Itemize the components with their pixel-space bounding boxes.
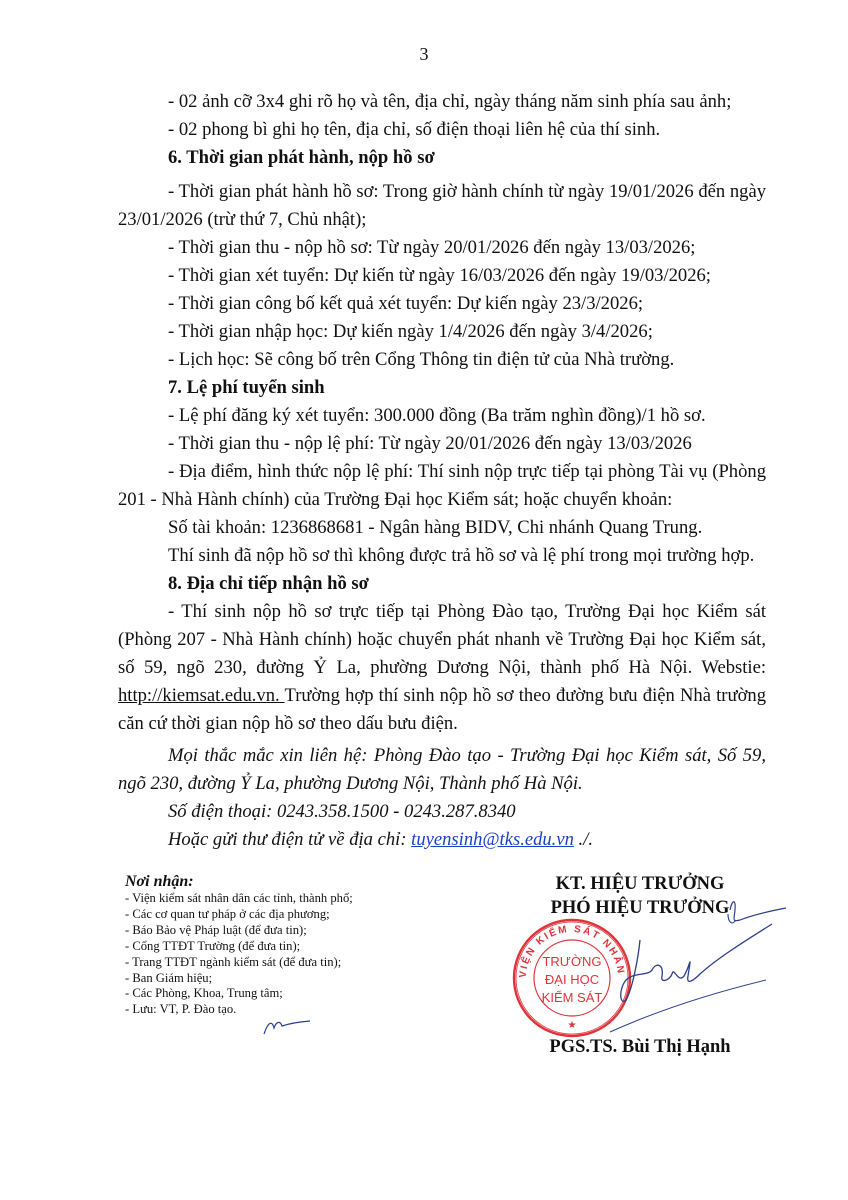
section-7-item: - Thời gian thu - nộp lệ phí: Từ ngày 20… xyxy=(118,430,766,458)
section-7-heading: 7. Lệ phí tuyển sinh xyxy=(118,374,766,402)
intro-item: - 02 ảnh cỡ 3x4 ghi rõ họ và tên, địa ch… xyxy=(118,88,766,116)
section-6-heading: 6. Thời gian phát hành, nộp hồ sơ xyxy=(118,144,766,172)
section-6-item: - Thời gian nhập học: Dự kiến ngày 1/4/2… xyxy=(118,318,766,346)
section-6-item: - Thời gian công bố kết quả xét tuyển: D… xyxy=(118,290,766,318)
email-suffix: ./. xyxy=(574,829,593,850)
contact-inquiry: Mọi thắc mắc xin liên hệ: Phòng Đào tạo … xyxy=(118,742,766,798)
page-number: 3 xyxy=(0,44,848,65)
recipient-item: - Viện kiểm sát nhân dân các tỉnh, thành… xyxy=(125,891,353,907)
section-8-text: - Thí sinh nộp hồ sơ trực tiếp tại Phòng… xyxy=(118,601,766,678)
intro-item: - 02 phong bì ghi họ tên, địa chỉ, số đi… xyxy=(118,116,766,144)
section-6-item: - Thời gian thu - nộp hồ sơ: Từ ngày 20/… xyxy=(118,234,766,262)
contact-email-line: Hoặc gửi thư điện tử về địa chỉ: tuyensi… xyxy=(118,826,766,854)
recipient-item: - Trang TTĐT ngành kiểm sát (để đưa tin)… xyxy=(125,955,353,971)
email-prefix: Hoặc gửi thư điện tử về địa chỉ: xyxy=(168,829,411,850)
recipient-item: - Ban Giám hiệu; xyxy=(125,971,353,987)
section-7-item: Thí sinh đã nộp hồ sơ thì không được trả… xyxy=(118,542,766,570)
contact-phone: Số điện thoại: 0243.358.1500 - 0243.287.… xyxy=(118,798,766,826)
website-link[interactable]: http://kiemsat.edu.vn. xyxy=(118,685,285,706)
section-7-item: Số tài khoản: 1236868681 - Ngân hàng BID… xyxy=(118,514,766,542)
section-6-item: - Lịch học: Sẽ công bố trên Cổng Thông t… xyxy=(118,346,766,374)
signer-name: PGS.TS. Bùi Thị Hạnh xyxy=(500,1037,780,1058)
section-6-item: - Thời gian xét tuyển: Dự kiến từ ngày 1… xyxy=(118,262,766,290)
recipients-title: Nơi nhận: xyxy=(125,873,353,891)
section-8-paragraph: - Thí sinh nộp hồ sơ trực tiếp tại Phòng… xyxy=(118,598,766,738)
initials-mark-icon xyxy=(262,1018,312,1036)
document-body: - 02 ảnh cỡ 3x4 ghi rõ họ và tên, địa ch… xyxy=(118,88,766,854)
recipients-block: Nơi nhận: - Viện kiểm sát nhân dân các t… xyxy=(125,873,353,1018)
signature-scribble-icon xyxy=(560,880,800,1040)
section-7-item: - Lệ phí đăng ký xét tuyển: 300.000 đồng… xyxy=(118,402,766,430)
section-6-item: - Thời gian phát hành hồ sơ: Trong giờ h… xyxy=(118,178,766,234)
recipient-item: - Cổng TTĐT Trường (để đưa tin); xyxy=(125,939,353,955)
section-7-item: - Địa điểm, hình thức nộp lệ phí: Thí si… xyxy=(118,458,766,514)
email-link[interactable]: tuyensinh@tks.edu.vn xyxy=(411,829,574,850)
recipient-item: - Báo Bảo vệ Pháp luật (để đưa tin); xyxy=(125,923,353,939)
recipient-item: - Các Phòng, Khoa, Trung tâm; xyxy=(125,986,353,1002)
recipient-item: - Lưu: VT, P. Đào tạo. xyxy=(125,1002,353,1018)
section-8-heading: 8. Địa chỉ tiếp nhận hồ sơ xyxy=(118,570,766,598)
recipient-item: - Các cơ quan tư pháp ở các địa phương; xyxy=(125,907,353,923)
